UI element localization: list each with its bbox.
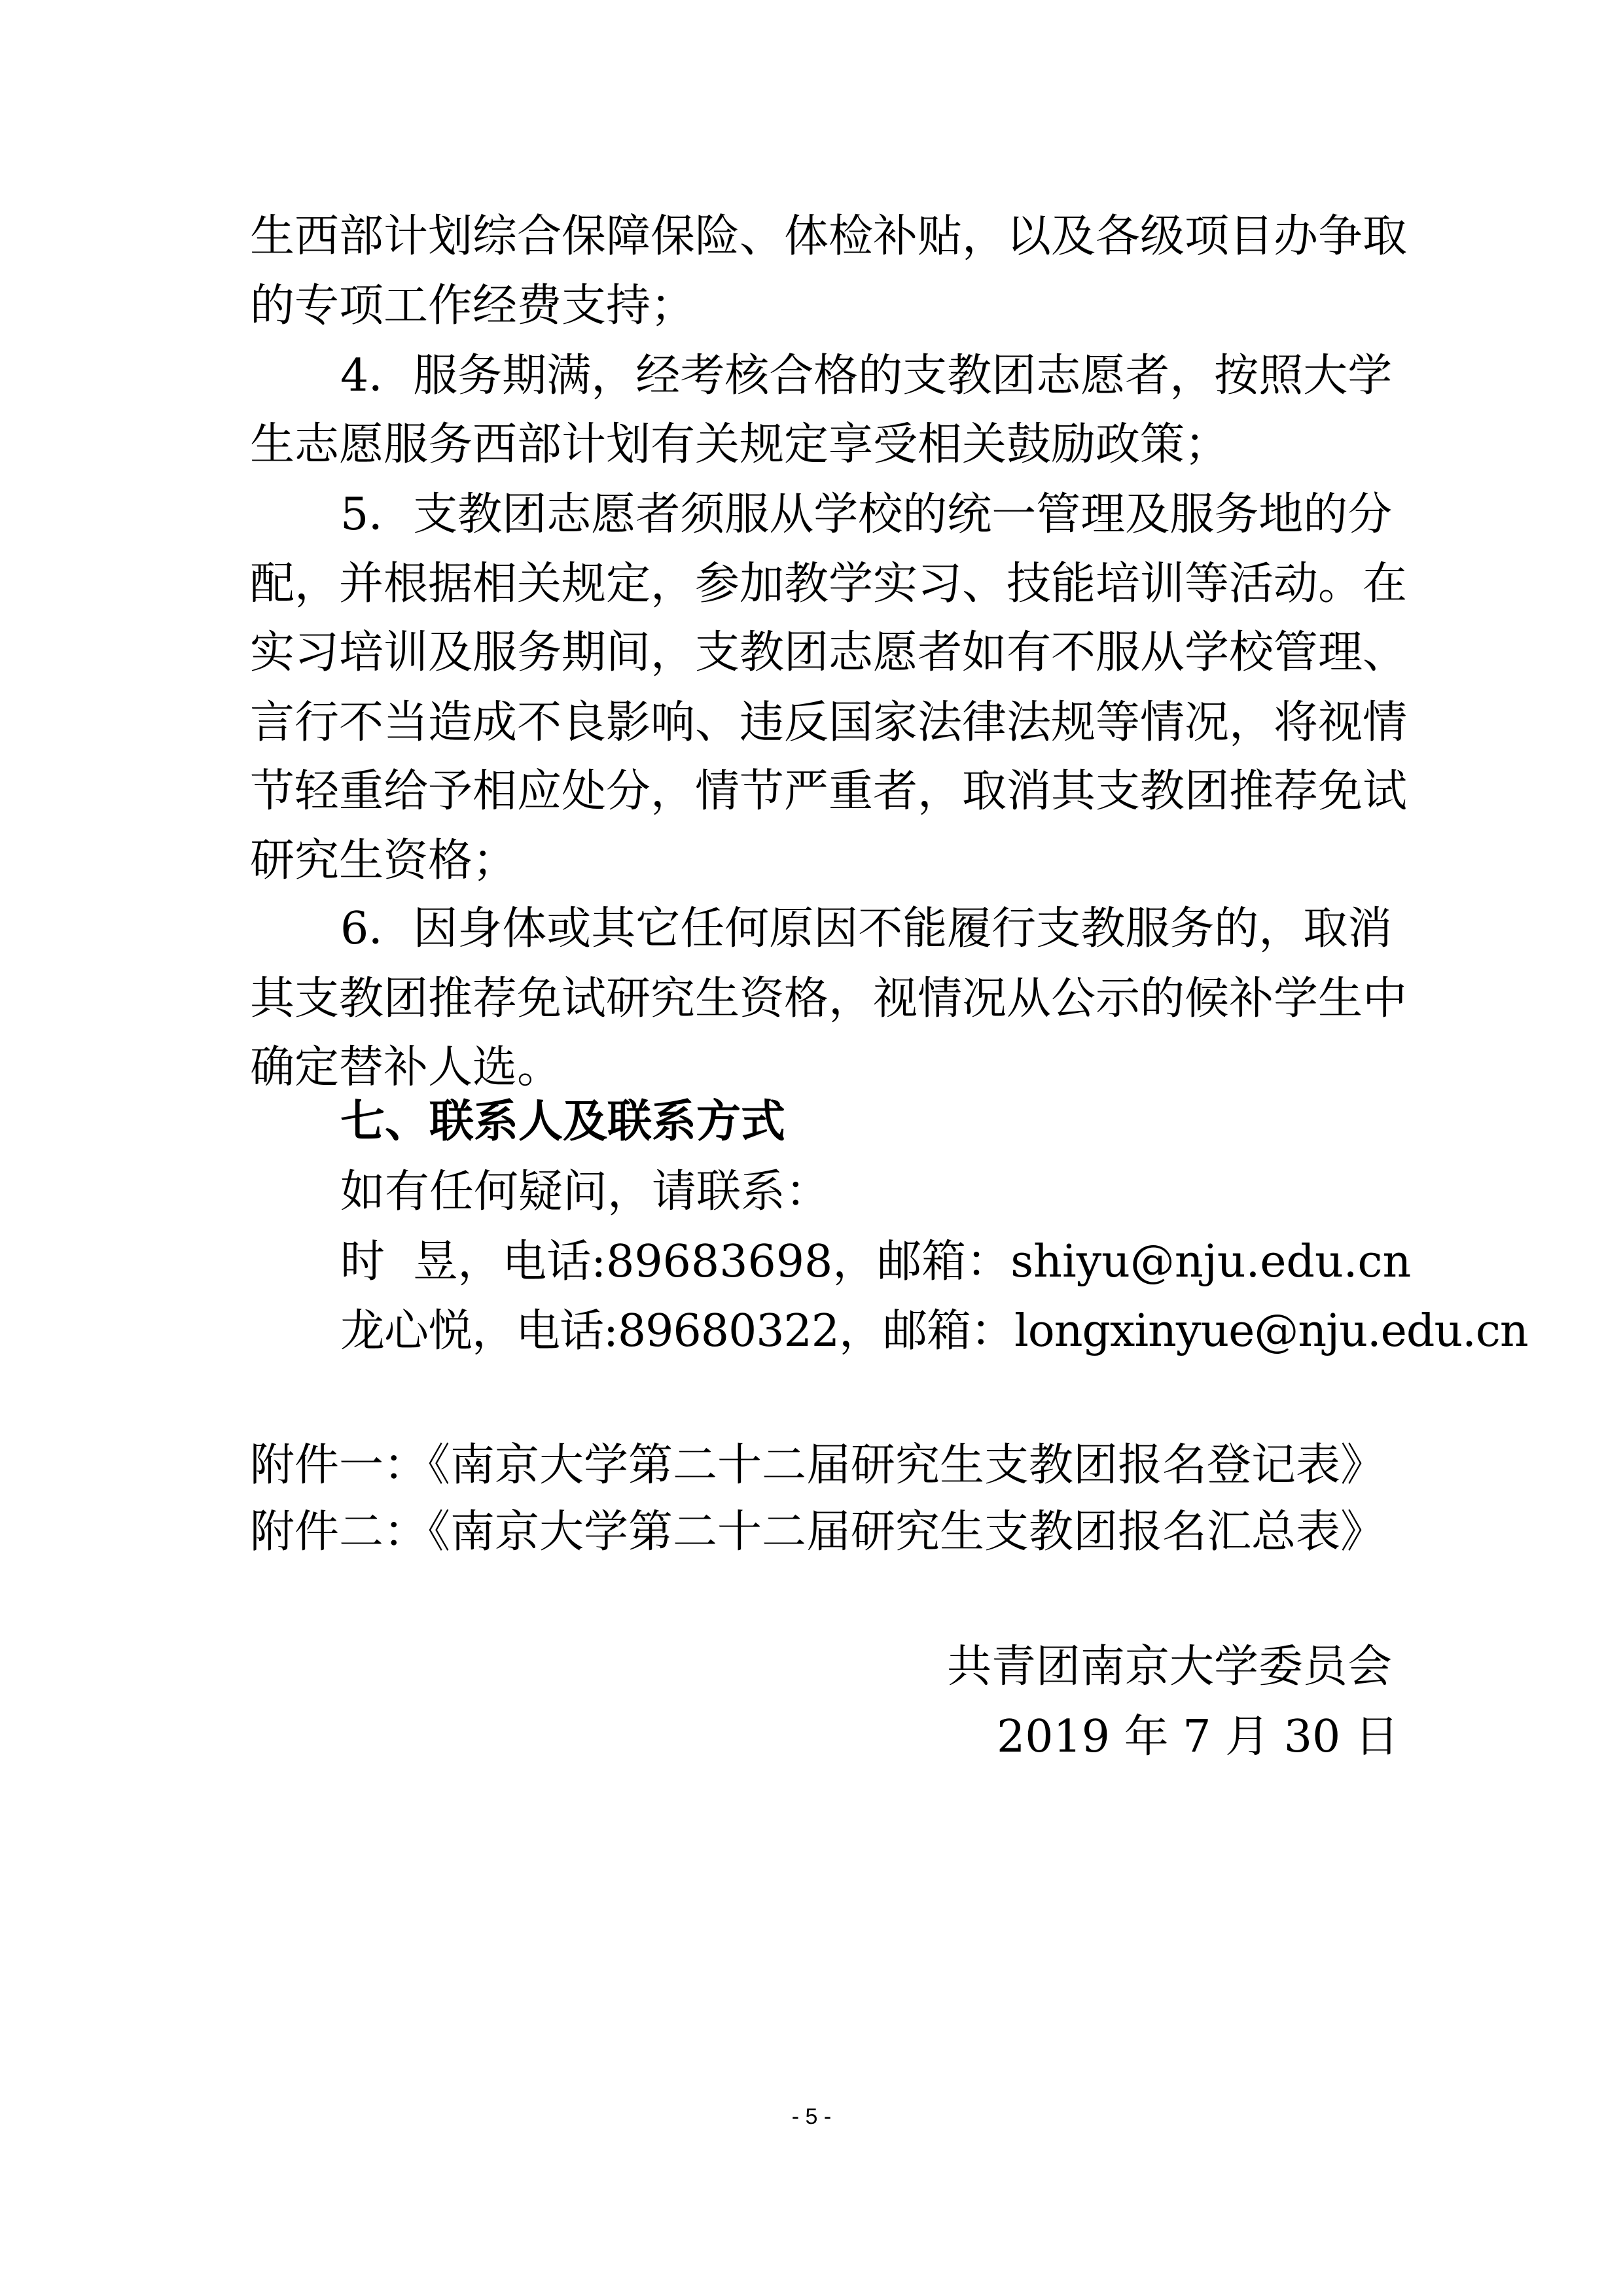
list-item-4-line: 4．服务期满，经考核合格的支教团志愿者，按照大学 [340,350,1376,402]
list-item-5-line: 节轻重给予相应处分，情节严重者，取消其支教团推荐免试 [250,766,1376,818]
list-item-5-line: 配，并根据相关规定，参加教学实习、技能培训等活动。在 [250,558,1376,610]
list-item-5-line: 实习培训及服务期间，支教团志愿者如有不服从学校管理、 [250,627,1376,679]
list-item-4-line: 生志愿服务西部计划有关规定享受相关鼓励政策； [250,419,1229,471]
list-item-5-line: 研究生资格； [250,835,517,887]
list-item-6-line: 6．因身体或其它任何原因不能履行支教服务的，取消 [340,903,1376,955]
signature-organization: 共青团南京大学委员会 [947,1641,1376,1693]
contact-line-longxinyue: 龙心悦，电话:89680322，邮箱：longxinyue@nju.edu.cn [340,1305,1528,1358]
section-heading: 七、联系人及联系方式 [340,1095,785,1148]
contact-line-shiyu: 时 昱，电话:89683698，邮箱：shiyu@nju.edu.cn [340,1236,1411,1288]
page-number: - 5 - [746,2102,877,2132]
signature-date: 2019 年 7 月 30 日 [997,1711,1399,1763]
attachment-1: 附件一：《南京大学第二十二届研究生支教团报名登记表》 [250,1439,1338,1492]
paragraph-line: 生西部计划综合保障保险、体检补贴，以及各级项目办争取 [250,211,1376,263]
list-item-5-line: 5．支教团志愿者须服从学校的统一管理及服务地的分 [340,489,1376,541]
document-page: 生西部计划综合保障保险、体检补贴，以及各级项目办争取 的专项工作经费支持； 4．… [0,0,1623,2296]
paragraph-line: 的专项工作经费支持； [250,280,695,332]
attachment-2: 附件二：《南京大学第二十二届研究生支教团报名汇总表》 [250,1506,1338,1559]
list-item-6-line: 确定替补人选。 [250,1042,562,1094]
list-item-5-line: 言行不当造成不良影响、违反国家法律法规等情况，将视情 [250,697,1376,749]
contact-intro: 如有任何疑问，请联系： [340,1166,830,1218]
list-item-6-line: 其支教团推荐免试研究生资格，视情况从公示的候补学生中 [250,973,1376,1025]
